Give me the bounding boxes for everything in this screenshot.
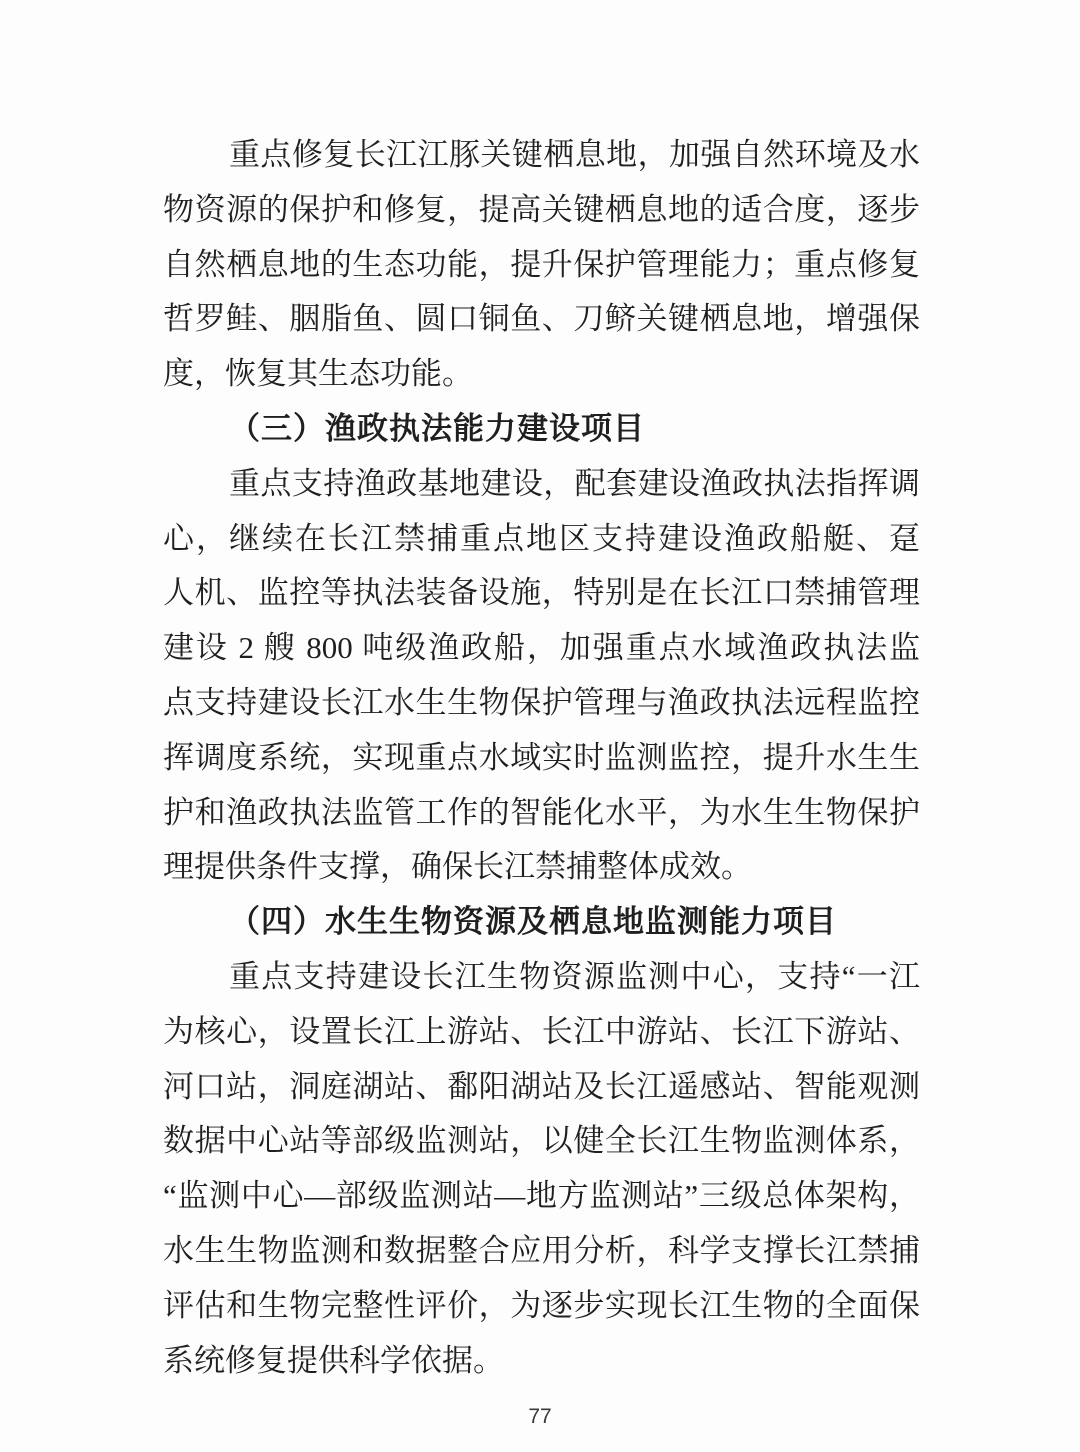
text-line: 重点支持渔政基地建设，配套建设渔政执法指挥调度中 (163, 457, 920, 512)
text-line: 重点支持建设长江生物资源监测中心，支持“一江两湖” (163, 950, 920, 1005)
text-line: 心，继续在长江禁捕重点地区支持建设渔政船艇、趸船、无 (163, 512, 920, 567)
text-line: 挥调度系统，实现重点水域实时监测监控，提升水生生物保 (163, 731, 920, 786)
text-line: 护和渔政执法监管工作的智能化水平，为水生生物保护与管 (163, 786, 920, 841)
text-line: 水生生物监测和数据整合应用分析，科学支撑长江禁捕效果 (163, 1224, 920, 1279)
page-number: 77 (0, 1405, 1080, 1429)
document-body: 重点修复长江江豚关键栖息地，加强自然环境及水生生 物资源的保护和修复，提高关键栖… (163, 128, 920, 1388)
text-line: 评估和生物完整性评价，为逐步实现长江生物的全面保护和 (163, 1279, 920, 1334)
text-line: 建设 2 艘 800 吨级渔政船，加强重点水域渔政执法监管；重 (163, 621, 920, 676)
text-line: 点支持建设长江水生生物保护管理与渔政执法远程监控指 (163, 676, 920, 731)
text-line: 哲罗鲑、胭脂鱼、圆口铜鱼、刀鲚关键栖息地，增强保护力 (163, 292, 920, 347)
section-heading-3: （三）渔政执法能力建设项目 (163, 402, 920, 457)
text-line: 河口站，洞庭湖站、鄱阳湖站及长江遥感站、智能观测站、 (163, 1060, 920, 1115)
section-heading-4: （四）水生生物资源及栖息地监测能力项目 (163, 895, 920, 950)
text-line: 自然栖息地的生态功能，提升保护管理能力；重点修复川陕 (163, 238, 920, 293)
text-line: 数据中心站等部级监测站，以健全长江生物监测体系，形成 (163, 1114, 920, 1169)
document-page: 重点修复长江江豚关键栖息地，加强自然环境及水生生 物资源的保护和修复，提高关键栖… (0, 0, 1080, 1452)
text-line: “监测中心—部级监测站—地方监测站”三级总体架构，开展 (163, 1169, 920, 1224)
text-line: 重点修复长江江豚关键栖息地，加强自然环境及水生生 (163, 128, 920, 183)
text-line: 度，恢复其生态功能。 (163, 347, 920, 402)
text-line: 人机、监控等执法装备设施，特别是在长江口禁捕管理区， (163, 566, 920, 621)
text-line: 系统修复提供科学依据。 (163, 1334, 920, 1389)
text-line: 物资源的保护和修复，提高关键栖息地的适合度，逐步恢复 (163, 183, 920, 238)
text-line: 为核心，设置长江上游站、长江中游站、长江下游站、长江 (163, 1005, 920, 1060)
text-line: 理提供条件支撑，确保长江禁捕整体成效。 (163, 840, 920, 895)
